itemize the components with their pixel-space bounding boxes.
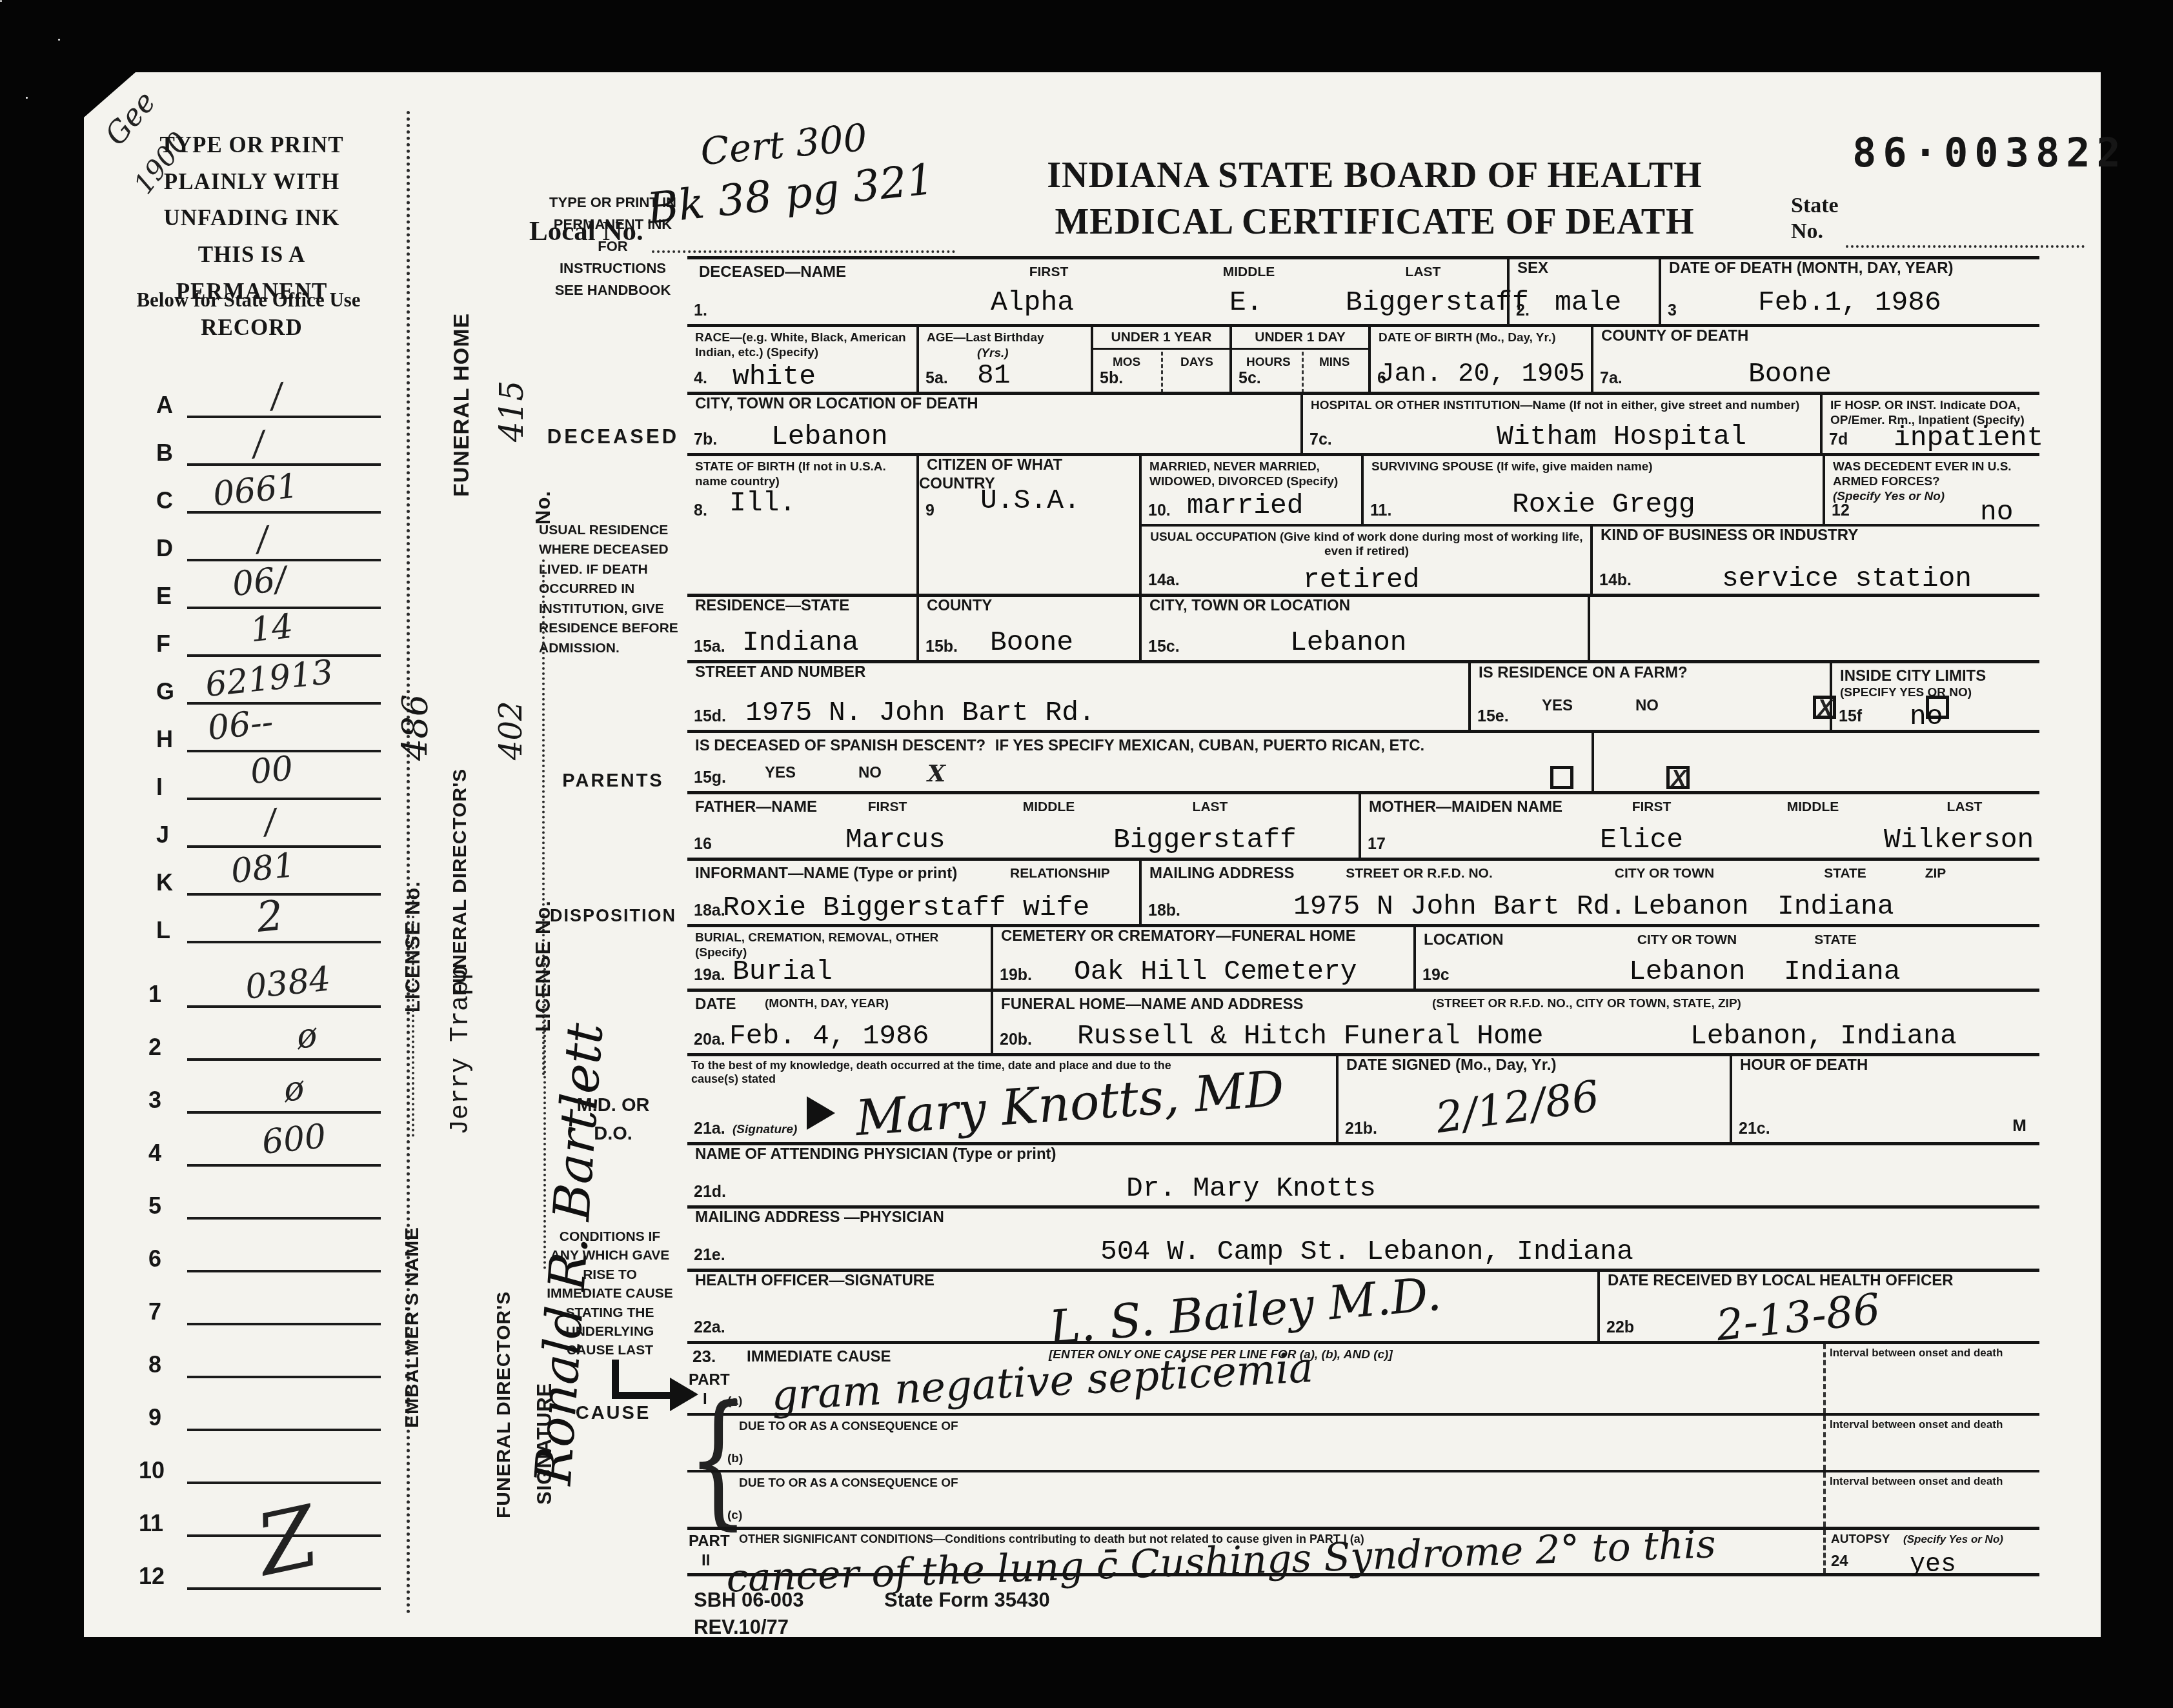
field-other-conditions: PART II OTHER SIGNIFICANT CONDITIONS—Con… xyxy=(687,1530,1823,1573)
row-cause-a: 23. IMMEDIATE CAUSE [ENTER ONLY ONE CAUS… xyxy=(687,1341,2039,1413)
date-signed-value: 2/12/86 xyxy=(1433,1071,1602,1143)
informant-name-value: Roxie Biggerstaff xyxy=(723,892,1006,923)
embalmer-name-value: Jerry Trapp xyxy=(447,924,476,1176)
death-certificate-document: Gee 1900 TYPE OR PRINT PLAINLY WITH UNFA… xyxy=(84,72,2101,1637)
row-spanish-descent: IS DECEASED OF SPANISH DESCENT? IF YES S… xyxy=(687,730,2039,791)
cemetery-value: Oak Hill Cemetery xyxy=(1074,956,1357,987)
spanish-yes-label: YES xyxy=(765,764,796,782)
father-last-value: Biggerstaff xyxy=(1113,824,1297,856)
row-place-of-death: CITY, TOWN OR LOCATION OF DEATH 7b. Leba… xyxy=(687,392,2039,453)
farm-no-label: NO xyxy=(1635,697,1659,715)
field-business: KIND OF BUSINESS OR INDUSTRY 14b. servic… xyxy=(1590,527,2039,594)
row-deceased: DECEASED—NAME FIRST MIDDLE LAST 1. Alpha… xyxy=(687,259,2039,324)
embalmer-name-label: EMBALMER'S NAME xyxy=(401,1143,423,1511)
marital-value: married xyxy=(1187,490,1304,521)
field-mother-name: MOTHER—MAIDEN NAME FIRST MIDDLE LAST 17 … xyxy=(1359,794,2039,858)
conditions-note: CONDITIONS IF ANY WHICH GAVE RISE TO IMM… xyxy=(545,1227,674,1360)
street-value: 1975 N. John Bart Rd. xyxy=(745,697,1095,728)
residence-note: USUAL RESIDENCE WHERE DECEASED LIVED. IF… xyxy=(539,521,691,658)
field-sex: SEX 2. male xyxy=(1507,259,1659,324)
field-under-1-year: UNDER 1 YEAR MOS DAYS 5b. xyxy=(1091,327,1229,392)
date-of-birth-value: Jan. 20, 1905 xyxy=(1379,359,1585,389)
field-disposition-type: BURIAL, CREMATION, REMOVAL, OTHER (Speci… xyxy=(687,927,991,989)
state-no-label-1: State xyxy=(1791,194,1839,218)
field-under-1-day: UNDER 1 DAY HOURS MINS 5c. xyxy=(1229,327,1368,392)
permanent-record-instructions: TYPE OR PRINT PLAINLY WITH UNFADING INK … xyxy=(113,127,390,347)
date-of-death-value: Feb.1, 1986 xyxy=(1758,286,1941,318)
field-date-signed: DATE SIGNED (Mo., Day, Yr.) 21b. 2/12/86 xyxy=(1336,1056,1730,1142)
mailing-street-value: 1975 N John Bart Rd. xyxy=(1293,890,1626,922)
field-armed-forces: WAS DECEDENT EVER IN U.S. ARMED FORCES? … xyxy=(1823,456,2039,524)
hospital-status-value: inpatient xyxy=(1894,422,2043,454)
row-informant: INFORMANT—NAME (Type or print) RELATIONS… xyxy=(687,858,2039,924)
father-first-value: Marcus xyxy=(845,824,945,856)
field-informant: INFORMANT—NAME (Type or print) RELATIONS… xyxy=(687,861,1139,924)
row-health-officer: HEALTH OFFICER—SIGNATURE 22a. L. S. Bail… xyxy=(687,1269,2039,1341)
mailing-state-value: Indiana xyxy=(1777,890,1894,922)
subrow-marital: MARRIED, NEVER MARRIED, WIDOWED, DIVORCE… xyxy=(1142,456,2039,524)
part2-label: PART xyxy=(689,1532,730,1551)
row-race-age-birth: RACE—(e.g. White, Black, American Indian… xyxy=(687,324,2039,392)
deceased-section-label: DECEASED xyxy=(536,424,691,450)
spanish-yes-checkbox xyxy=(1550,766,1573,789)
funeral-home-address-value: Lebanon, Indiana xyxy=(1690,1020,1957,1052)
interval-a-cell: Interval between onset and death xyxy=(1823,1344,2039,1413)
interval-c-cell: Interval between onset and death xyxy=(1823,1472,2039,1527)
business-value: service station xyxy=(1722,563,1972,594)
funeral-home-number: 415 xyxy=(493,350,531,472)
row-cause-c: DUE TO OR AS A CONSEQUENCE OF (c) Interv… xyxy=(687,1470,2039,1527)
dotted-leader xyxy=(412,895,414,1137)
interval-b-cell: Interval between onset and death xyxy=(1823,1416,2039,1470)
mos-days-divider xyxy=(1161,352,1163,393)
state-no-dotted-line xyxy=(1846,245,2085,248)
location-city-value: Lebanon xyxy=(1629,956,1746,987)
field-autopsy: AUTOPSY (Specify Yes or No) 24 yes xyxy=(1823,1530,2039,1573)
scan-background: Gee 1900 TYPE OR PRINT PLAINLY WITH UNFA… xyxy=(0,0,2173,1708)
field-immediate-cause: 23. IMMEDIATE CAUSE [ENTER ONLY ONE CAUS… xyxy=(687,1344,1823,1413)
field-occupation: USUAL OCCUPATION (Give kind of work done… xyxy=(1142,527,1590,594)
field-attending-physician: NAME OF ATTENDING PHYSICIAN (Type or pri… xyxy=(687,1145,2039,1205)
field-date-of-death: DATE OF DEATH (MONTH, DAY, YEAR) 3 Feb.1… xyxy=(1659,259,2039,324)
row-birth-citizen-marital-occupation: STATE OF BIRTH (If not in U.S.A. name co… xyxy=(687,453,2039,594)
city-of-death-value: Lebanon xyxy=(771,421,888,452)
residence-county-value: Boone xyxy=(990,627,1073,658)
field-funeral-home: FUNERAL HOME—NAME AND ADDRESS (STREET OR… xyxy=(991,992,2039,1053)
row-funeral-home: DATE (MONTH, DAY, YEAR) 20a. Feb. 4, 198… xyxy=(687,989,2039,1053)
state-office-panel: TYPE OR PRINT PLAINLY WITH UNFADING INK … xyxy=(84,72,410,1637)
field-state-of-birth: STATE OF BIRTH (If not in U.S.A. name co… xyxy=(687,456,916,594)
title-line-2: MEDICAL CERTIFICATE OF DEATH xyxy=(942,201,1807,243)
field-disposition-date: DATE (MONTH, DAY, YEAR) 20a. Feb. 4, 198… xyxy=(687,992,991,1053)
field-citizen: CITIZEN OF WHAT COUNTRY 9 U.S.A. xyxy=(916,456,1139,594)
spouse-value: Roxie Gregg xyxy=(1512,488,1695,520)
state-form-number: State Form 35430 xyxy=(884,1589,1050,1612)
field-cause-c: DUE TO OR AS A CONSEQUENCE OF (c) xyxy=(687,1472,1823,1527)
first-name-value: Alpha xyxy=(991,286,1074,318)
local-no-value: Bk 38 pg 321 xyxy=(645,154,936,234)
mailing-city-value: Lebanon xyxy=(1632,890,1749,922)
field-surviving-spouse: SURVIVING SPOUSE (If wife, give maiden n… xyxy=(1361,456,1823,524)
row-certification: To the best of my knowledge, death occur… xyxy=(687,1053,2039,1142)
field-cause-b: { DUE TO OR AS A CONSEQUENCE OF (b) xyxy=(687,1416,1823,1470)
row-cause-b: { DUE TO OR AS A CONSEQUENCE OF (b) Inte… xyxy=(687,1413,2039,1470)
funeral-director-number: 402 xyxy=(493,676,529,785)
field-certifier-signature: To the best of my knowledge, death occur… xyxy=(687,1056,1336,1142)
parents-section-label: PARENTS xyxy=(536,769,691,794)
row-part2: PART II OTHER SIGNIFICANT CONDITIONS—Con… xyxy=(687,1527,2039,1576)
state-of-birth-value: Ill. xyxy=(729,487,796,519)
funeral-home-name-value: Russell & Hitch Funeral Home xyxy=(1077,1020,1544,1052)
signature-arrow-icon xyxy=(807,1096,835,1130)
row-residence: RESIDENCE—STATE 15a. Indiana COUNTY 15b.… xyxy=(687,594,2039,660)
state-office-subtitle: Below for State Office Use xyxy=(103,288,394,312)
sex-value: male xyxy=(1555,286,1621,318)
certificate-form: DECEASED—NAME FIRST MIDDLE LAST 1. Alpha… xyxy=(687,256,2039,1576)
clerk-scribble: Z xyxy=(248,1487,326,1594)
county-of-death-value: Boone xyxy=(1748,358,1832,390)
residence-blank-cell xyxy=(1588,597,2039,660)
director-signature-label-1: FUNERAL DIRECTOR'S xyxy=(493,1195,515,1614)
city-limits-value: no xyxy=(1910,701,1943,732)
field-deceased-name: DECEASED—NAME FIRST MIDDLE LAST 1. Alpha… xyxy=(687,259,1507,324)
farm-yes-label: YES xyxy=(1542,697,1573,715)
md-do-label: M.D. OR D.O. xyxy=(555,1092,671,1148)
field-hospital: HOSPITAL OR OTHER INSTITUTION—Name (If n… xyxy=(1300,395,1820,453)
residence-state-value: Indiana xyxy=(742,627,859,658)
row-parents: FATHER—NAME FIRST MIDDLE LAST 16 Marcus … xyxy=(687,791,2039,858)
local-no-label: Local No. xyxy=(529,216,643,247)
field-spanish-descent: IS DECEASED OF SPANISH DESCENT? IF YES S… xyxy=(687,733,1594,791)
hours-mins-divider xyxy=(1302,352,1304,393)
field-date-of-birth: DATE OF BIRTH (Mo., Day, Yr.) 6 Jan. 20,… xyxy=(1368,327,1591,392)
field-city-limits: INSIDE CITY LIMITS (SPECIFY YES OR NO) 1… xyxy=(1830,663,2039,730)
state-file-number-stamp: 86·003822 xyxy=(1852,129,2127,176)
subrow-occupation: USUAL OCCUPATION (Give kind of work done… xyxy=(1142,524,2039,594)
field-residence-county: COUNTY 15b. Boone xyxy=(916,597,1139,660)
race-value: white xyxy=(733,361,816,392)
field-hospital-status: IF HOSP. OR INST. Indicate DOA, OP/Emer.… xyxy=(1820,395,2039,453)
form-code: SBH 06-003 xyxy=(694,1589,804,1612)
age-value: 81 xyxy=(977,359,1011,391)
field-race: RACE—(e.g. White, Black, American Indian… xyxy=(687,327,916,392)
residence-city-value: Lebanon xyxy=(1290,627,1407,658)
row-physician-address: MAILING ADDRESS —PHYSICIAN 21e. 504 W. C… xyxy=(687,1205,2039,1269)
field-residence-city: CITY, TOWN OR LOCATION 15c. Lebanon xyxy=(1139,597,1588,660)
field-county-of-death: COUNTY OF DEATH 7a. Boone xyxy=(1591,327,2039,392)
field-cemetery: CEMETERY OR CREMATORY—FUNERAL HOME 19b. … xyxy=(991,927,1413,989)
title-line-1: INDIANA STATE BOARD OF HEALTH xyxy=(942,155,1807,196)
autopsy-value: yes xyxy=(1910,1551,1956,1580)
local-no-dotted-line xyxy=(652,250,955,253)
field-hour-of-death: HOUR OF DEATH 21c. M xyxy=(1730,1056,2039,1142)
field-health-officer-signature: HEALTH OFFICER—SIGNATURE 22a. L. S. Bail… xyxy=(687,1272,1597,1341)
field-marital-status: MARRIED, NEVER MARRIED, WIDOWED, DIVORCE… xyxy=(1142,456,1361,524)
disposition-value: Burial xyxy=(733,956,833,987)
field-farm: IS RESIDENCE ON A FARM? 15e. YES X NO xyxy=(1468,663,1830,730)
funeral-home-license-value: 486 xyxy=(395,666,436,789)
middle-name-value: E. xyxy=(1229,286,1263,318)
occupation-value: retired xyxy=(1303,564,1420,596)
spanish-no-label: NO xyxy=(858,764,882,782)
field-age: AGE—Last Birthday (Yrs.) 5a. 81 xyxy=(916,327,1091,392)
row-disposition: BURIAL, CREMATION, REMOVAL, OTHER (Speci… xyxy=(687,924,2039,989)
last-name-value: Biggerstaff xyxy=(1346,286,1529,318)
field-date-received: DATE RECEIVED BY LOCAL HEALTH OFFICER 22… xyxy=(1597,1272,2039,1341)
scan-noise xyxy=(0,0,2,2)
informant-relationship-value: wife xyxy=(1023,892,1089,923)
entry-value: / xyxy=(269,376,285,416)
field-residence-state: RESIDENCE—STATE 15a. Indiana xyxy=(687,597,916,660)
row-label: A xyxy=(156,392,173,419)
mother-first-value: Elice xyxy=(1600,824,1683,856)
field-mailing-address: MAILING ADDRESS STREET OR R.F.D. NO. CIT… xyxy=(1139,861,2039,924)
location-state-value: Indiana xyxy=(1784,956,1901,987)
marital-occupation-stack: MARRIED, NEVER MARRIED, WIDOWED, DIVORCE… xyxy=(1139,456,2039,594)
spanish-no-extra-mark: X xyxy=(927,760,945,787)
armed-forces-value: no xyxy=(1980,496,2014,528)
hour-m-label: M xyxy=(2012,1116,2026,1136)
hospital-value: Witham Hospital xyxy=(1497,421,1746,452)
spanish-blank-cell xyxy=(1594,733,2039,791)
row-attending-physician: NAME OF ATTENDING PHYSICIAN (Type or pri… xyxy=(687,1142,2039,1205)
row-street: STREET AND NUMBER 15d. 1975 N. John Bart… xyxy=(687,660,2039,730)
field-physician-address: MAILING ADDRESS —PHYSICIAN 21e. 504 W. C… xyxy=(687,1209,2039,1269)
citizen-value: U.S.A. xyxy=(980,485,1080,516)
physician-address-value: 504 W. Camp St. Lebanon, Indiana xyxy=(1100,1236,1633,1267)
state-no-label-2: No. xyxy=(1791,219,1823,244)
mother-last-value: Wilkerson xyxy=(1884,824,2034,856)
field-street: STREET AND NUMBER 15d. 1975 N. John Bart… xyxy=(687,663,1468,730)
cause-section-label: CAUSE xyxy=(536,1402,691,1426)
disposition-section-label: DISPOSITION xyxy=(532,905,694,927)
funeral-home-label: FUNERAL HOME xyxy=(449,246,474,563)
attending-physician-value: Dr. Mary Knotts xyxy=(1126,1172,1376,1204)
disposition-date-value: Feb. 4, 1986 xyxy=(729,1020,929,1052)
form-revision: REV.10/77 xyxy=(694,1616,789,1639)
field-father-name: FATHER—NAME FIRST MIDDLE LAST 16 Marcus … xyxy=(687,794,1359,858)
entry-line xyxy=(187,416,381,418)
field-city-of-death: CITY, TOWN OR LOCATION OF DEATH 7b. Leba… xyxy=(687,395,1300,453)
field-disposition-location: LOCATION CITY OR TOWN STATE 19c Lebanon … xyxy=(1413,927,2039,989)
